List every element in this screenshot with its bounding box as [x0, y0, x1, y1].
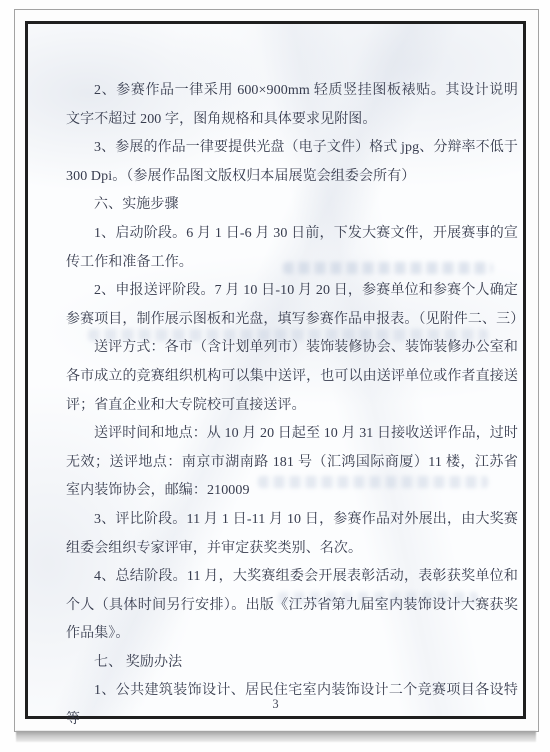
- paragraph: 送评时间和地点：从 10 月 20 日起至 10 月 31 日接收送评作品，过时…: [66, 420, 518, 506]
- paragraph: 3、评比阶段。11 月 1 日-11 月 10 日，参赛作品对外展出，由大奖赛组…: [66, 506, 518, 563]
- paragraph: 送评方式：各市（含计划单列市）装饰装修协会、装饰装修办公室和各市成立的竞赛组织机…: [66, 334, 518, 420]
- scanned-document: 2、参赛作品一律采用 600×900mm 轻质竖挂图板裱贴。其设计说明文字不超过…: [0, 0, 550, 752]
- paragraph: 1、启动阶段。6 月 1 日-6 月 30 日前，下发大赛文件，开展赛事的宣传工…: [66, 220, 518, 277]
- paragraph: 2、参赛作品一律采用 600×900mm 轻质竖挂图板裱贴。其设计说明文字不超过…: [66, 77, 518, 134]
- section-heading: 七、 奖励办法: [66, 649, 518, 678]
- page-number: 3: [28, 697, 523, 711]
- paragraph: 4、总结阶段。11 月，大奖赛组委会开展表彰活动，表彰获奖单位和个人（具体时间另…: [66, 563, 518, 649]
- document-page: 2、参赛作品一律采用 600×900mm 轻质竖挂图板裱贴。其设计说明文字不超过…: [25, 21, 526, 719]
- paragraph: 2、申报送评阶段。7 月 10 日-10 月 20 日，参赛单位和参赛个人确定参…: [66, 277, 518, 334]
- paragraph: 3、参展的作品一律要提供光盘（电子文件）格式 jpg、分辩率不低于 300 Dp…: [66, 134, 518, 191]
- section-heading: 六、实施步骤: [66, 191, 518, 220]
- document-body: 2、参赛作品一律采用 600×900mm 轻质竖挂图板裱贴。其设计说明文字不超过…: [66, 77, 518, 735]
